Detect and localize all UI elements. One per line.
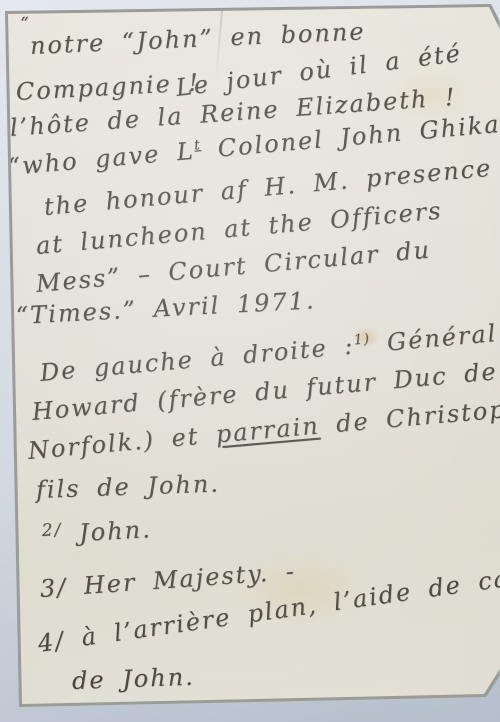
underlined-word-parrain: parrain <box>215 412 321 449</box>
line9-text-end: Général Fitz Ala <box>369 307 500 358</box>
line11-text-end: de Christophe <box>318 392 500 439</box>
note-paper: “ notre “John” en bonne Compagnie ! Le j… <box>0 0 500 722</box>
list-number-2: 2/ <box>41 520 63 541</box>
handwritten-line-1: notre “John” en bonne <box>29 17 366 60</box>
photo-background: “ notre “John” en bonne Compagnie ! Le j… <box>0 0 500 722</box>
line4-text-start: “who gave L <box>7 137 196 181</box>
line11-text-start: Norfolk.) et <box>27 421 217 465</box>
handwritten-line-13: 2/ John. <box>41 515 152 549</box>
handwritten-line-2a: Compagnie ! <box>15 68 200 106</box>
line13-text: John. <box>62 515 153 548</box>
superscript-item-1: 1) <box>353 331 371 348</box>
handwritten-line-12: fils de John. <box>36 470 221 504</box>
handwritten-line-14: 3/ Her Majesty. - <box>39 557 297 603</box>
handwritten-line-16: de John. <box>72 663 196 695</box>
